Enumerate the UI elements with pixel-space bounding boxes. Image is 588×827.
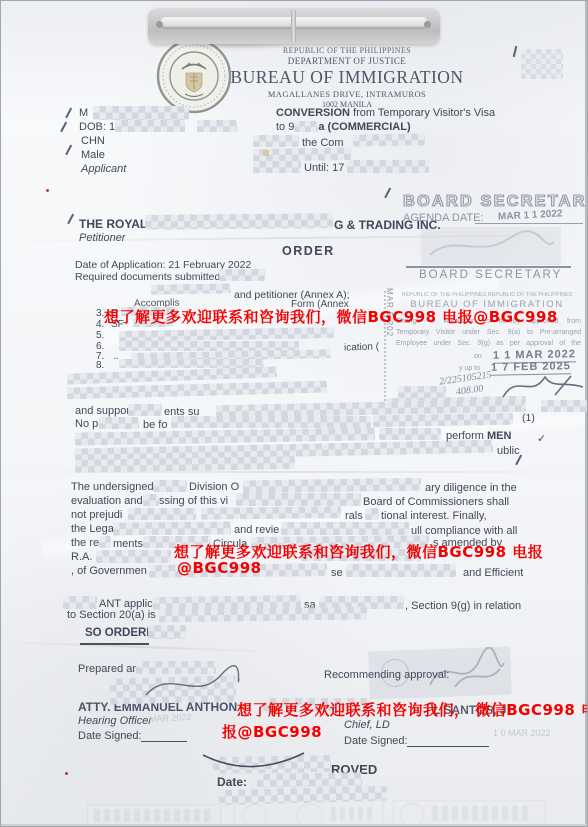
letterhead: REPUBLIC OF THE PHILIPPINES DEPARTMENT O… xyxy=(187,46,507,109)
approved-date-label: Date: xyxy=(217,775,247,789)
board-signature-scribble xyxy=(425,229,559,265)
redaction-blur xyxy=(171,416,371,428)
red-dot xyxy=(65,772,68,775)
body-frag: be fo xyxy=(143,419,167,431)
red-dot xyxy=(46,189,49,192)
body-frag: ublic xyxy=(497,445,520,457)
applicant-dob: DOB: 1 xyxy=(79,121,115,133)
conversion-line2-pre: to 9 xyxy=(276,121,294,133)
check-mark xyxy=(65,108,72,118)
visa-stamp-line2: Temporary Visitor under Sec. 9(a) to Pre… xyxy=(396,329,581,336)
check-glyph: ✓ xyxy=(537,432,546,445)
body-frag: perform xyxy=(446,430,487,442)
watermark-text-3-line2: 报@BGC998 xyxy=(222,721,322,742)
binder-clip-end-right xyxy=(424,21,431,28)
letterhead-bureau: BUREAU OF IMMIGRATION xyxy=(187,67,507,88)
applicant-role: Applicant xyxy=(81,163,126,175)
para-frag: the re xyxy=(71,537,99,549)
conversion-line2: to 9a (COMMERCIAL) xyxy=(276,121,411,133)
list-item7-frag: .. xyxy=(113,351,119,362)
redaction-blur xyxy=(219,269,265,281)
redaction-blur xyxy=(365,508,379,520)
redaction-blur xyxy=(99,536,111,548)
so-ordered: SO ORDERE xyxy=(85,627,154,639)
chief-title: Chief, LD xyxy=(344,719,390,731)
signature-rule xyxy=(80,643,149,645)
petitioner-role: Petitioner xyxy=(79,232,125,244)
check-mark xyxy=(384,188,391,198)
visa-stamp-on-label: on xyxy=(474,353,482,360)
para-frag: ary diligence in the xyxy=(425,482,517,494)
para-frag: ments xyxy=(113,538,143,550)
body-frag: , Section 9(g) in relation xyxy=(405,600,521,612)
ghost-stamp-letters xyxy=(94,809,214,822)
para-frag: Board of Commissioners shall xyxy=(363,496,509,508)
petitioner-name-start: THE ROYAL xyxy=(79,217,147,231)
prepared-label: Prepared an xyxy=(78,663,139,675)
faint-date-stamp-left: MAR 2022 xyxy=(149,712,192,724)
para-frag: and revie xyxy=(234,524,279,536)
watermark-text-2-line2: @BGC998 xyxy=(177,559,262,577)
para-frag: evaluation and xyxy=(71,495,143,507)
redaction-blur xyxy=(153,480,187,492)
redaction-blur xyxy=(128,508,196,520)
ghost-seal-icon xyxy=(297,803,323,827)
redaction-blur xyxy=(93,106,189,120)
body-frag: and suppor xyxy=(75,405,130,417)
atty-signature-scribble xyxy=(141,665,241,703)
redaction-blur xyxy=(159,607,367,623)
hearing-officer-title: Hearing Officer xyxy=(78,715,152,727)
redaction-blur xyxy=(253,135,299,147)
applicant-name-initial: M xyxy=(79,107,88,119)
ghost-stamp-letters xyxy=(432,806,532,821)
ghost-stamp-letters xyxy=(331,807,375,821)
binder-clip-divider xyxy=(291,10,296,42)
board-secretary-line xyxy=(406,266,571,268)
ghost-stamp-right xyxy=(393,800,545,827)
redaction-blur xyxy=(521,49,563,79)
applicant-sex: Male xyxy=(81,149,105,161)
body-frag: No p xyxy=(75,418,98,430)
date-signed-right-line xyxy=(407,746,489,747)
visa-stamp-line3: Employee under Sec. 9(g) as per approval… xyxy=(396,340,581,347)
applicant-nationality: CHN xyxy=(81,135,105,147)
board-secretary-label: BOARD SECRETARY xyxy=(419,269,562,281)
letterhead-department: DEPARTMENT OF JUSTICE xyxy=(187,56,507,66)
watermark-text-1: 想了解更多欢迎联系和咨询我们，微信BGC998 电报@BGC998 xyxy=(104,306,558,327)
visa-stamp-tiny-header: REPUBLIC OF THE PHILIPPINES REPUBLIC OF … xyxy=(390,292,584,298)
redaction-blur xyxy=(143,494,159,506)
para-frag: not prejudi xyxy=(71,509,122,521)
check-mark xyxy=(65,145,72,155)
redaction-blur xyxy=(236,493,361,506)
redaction-blur xyxy=(373,413,513,427)
redaction-blur xyxy=(294,121,318,132)
para-frag: Division O xyxy=(189,481,239,493)
redaction-blur xyxy=(96,550,171,563)
recommending-label: Recommending approval: xyxy=(324,669,449,681)
para-frag: se xyxy=(331,567,343,579)
redaction-blur xyxy=(379,428,441,440)
ghost-seal-icon xyxy=(400,803,424,827)
letterhead-address: MAGALLANES DRIVE, INTRAMUROS xyxy=(187,89,507,99)
redaction-blur xyxy=(67,381,327,400)
para-frag: and Efficient xyxy=(463,567,523,579)
check-mark xyxy=(60,122,67,132)
date-signed-left-label: Date Signed: xyxy=(78,730,142,742)
binder-clip xyxy=(148,8,440,44)
date-signed-left-line xyxy=(141,741,187,742)
pen-arc-mark xyxy=(201,745,306,773)
para-frag: tional interest. Finally, xyxy=(381,510,487,522)
redaction-blur xyxy=(347,160,429,173)
body-frag: to Section 20(a) is xyxy=(67,609,156,621)
para-frag: , of Governmen xyxy=(71,565,147,577)
agenda-date-value: MAR 1 1 2022 xyxy=(498,208,563,222)
para-frag: rals xyxy=(345,510,363,522)
redaction-blur xyxy=(151,283,231,294)
para-frag: R.A. xyxy=(71,551,92,563)
body-frag-pageref: (1) xyxy=(522,412,535,424)
redaction-blur xyxy=(201,506,341,519)
visa-signature-scribble xyxy=(499,369,588,405)
redaction-blur xyxy=(115,120,185,132)
conversion-line4: Until: 17 xyxy=(304,162,344,174)
redaction-blur xyxy=(253,161,301,173)
agenda-date-label: AGENDA DATE: xyxy=(403,212,483,224)
redaction-blur xyxy=(119,327,334,342)
letterhead-city: 1002 MANILA xyxy=(187,100,507,109)
redaction-blur xyxy=(398,386,446,398)
redaction-blur xyxy=(145,213,333,230)
para-frag: the Lega xyxy=(71,523,114,535)
redaction-blur xyxy=(197,120,237,132)
ghost-stamp-left xyxy=(87,804,221,827)
list-number-8: 8. xyxy=(96,360,104,371)
faint-date-stamp-right: 1 0 MAR 2022 xyxy=(493,728,551,738)
redaction-blur xyxy=(63,596,97,609)
conversion-line2-post: a (COMMERCIAL) xyxy=(318,121,410,133)
watermark-text-3-line1: 想了解更多欢迎联系和咨询我们， 微信BGC998 电 xyxy=(237,699,588,720)
ghost-seal-icon xyxy=(243,804,267,827)
redaction-blur xyxy=(128,404,162,416)
para-frag: The undersigned xyxy=(71,481,154,493)
check-mark xyxy=(67,214,74,224)
scan-artifact xyxy=(263,150,269,156)
redaction-blur xyxy=(113,521,231,535)
order-title: ORDER xyxy=(282,244,335,258)
list-number-5: 5. xyxy=(96,330,104,341)
required-docs: Required documents submitted xyxy=(75,271,220,283)
redaction-blur xyxy=(148,625,186,639)
agenda-date-line xyxy=(475,223,583,224)
binder-clip-end-left xyxy=(156,21,163,28)
redaction-blur xyxy=(257,772,362,788)
body-frag-perform: perform MEN xyxy=(446,430,511,442)
redaction-blur xyxy=(281,522,409,535)
redaction-blur xyxy=(243,478,421,493)
body-frag-men: MEN xyxy=(487,430,511,442)
redaction-blur xyxy=(353,133,425,146)
scanned-document-page: REPUBLIC OF THE PHILIPPINES DEPARTMENT O… xyxy=(0,0,588,827)
date-signed-right-label: Date Signed: xyxy=(344,735,408,747)
redaction-blur xyxy=(99,417,139,429)
frag-ication: ication ( xyxy=(344,341,379,353)
para-frag: ssing of this vi xyxy=(159,495,228,507)
redaction-blur xyxy=(346,564,456,577)
pen-mark xyxy=(513,46,518,57)
